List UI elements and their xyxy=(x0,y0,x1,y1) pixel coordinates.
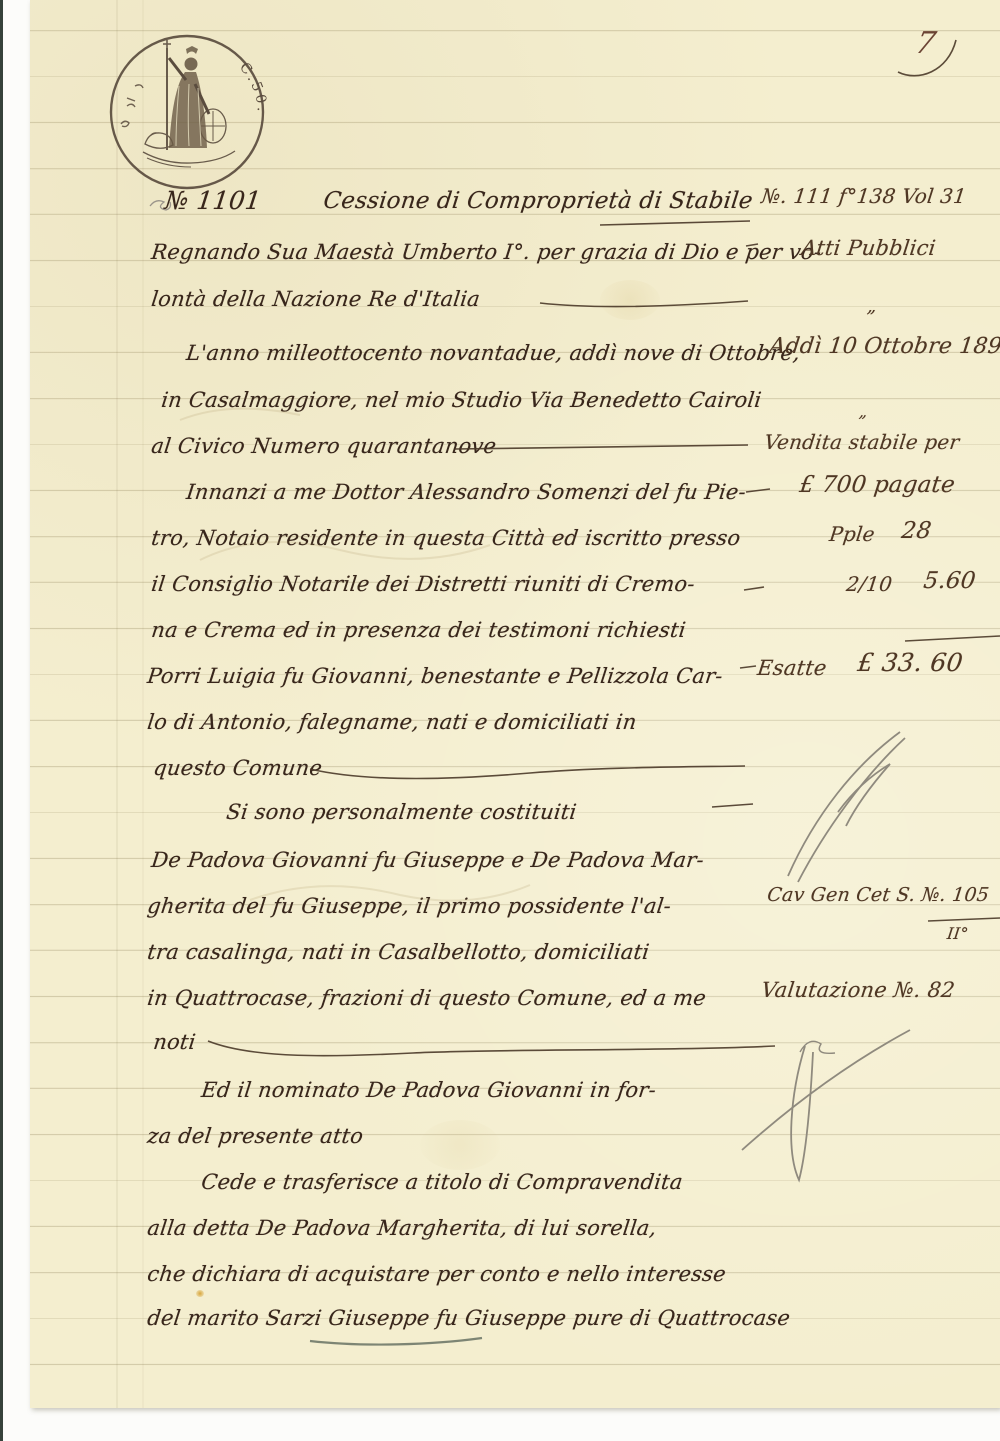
body-line: alla detta De Padova Margherita, di lui … xyxy=(146,1216,658,1240)
margin-note: II° xyxy=(946,924,970,943)
margin-note: 2/10 xyxy=(845,572,894,596)
stamp-left-marks xyxy=(121,85,143,127)
svg-text:C.50.: C.50. xyxy=(236,60,270,115)
paper-crease xyxy=(116,0,118,1408)
body-line: che dichiara di acquistare per conto e n… xyxy=(146,1262,727,1286)
body-line: De Padova Giovanni fu Giuseppe e De Pado… xyxy=(150,848,705,872)
revenue-stamp: C.50. xyxy=(103,28,271,196)
margin-note: Vendita stabile per xyxy=(763,430,961,454)
document-scan: C.50. 7 № 1101 Cessione di Comproprietà … xyxy=(0,0,1000,1441)
margin-note: „ xyxy=(866,296,878,317)
body-line: Ed il nominato De Padova Giovanni in for… xyxy=(200,1078,658,1102)
body-line: in Quattrocase, frazioni di questo Comun… xyxy=(146,986,707,1010)
allegorical-figure-icon xyxy=(169,46,209,148)
body-line: al Civico Numero quarantanove xyxy=(150,434,498,458)
body-line: lo di Antonio, falegname, nati e domicil… xyxy=(146,710,638,734)
scan-edge xyxy=(0,0,3,1441)
margin-note: £ 700 pagate xyxy=(798,472,956,498)
lion-icon xyxy=(145,133,173,148)
body-line: in Casalmaggiore, nel mio Studio Via Ben… xyxy=(160,388,763,412)
body-line: L'anno milleottocento novantadue, addì n… xyxy=(185,341,802,365)
margin-note: №. 111 f°138 Vol 31 xyxy=(760,184,968,208)
paper-crease xyxy=(142,0,144,1408)
body-line: Si sono personalmente costituiti xyxy=(225,800,578,824)
body-line: tro, Notaio residente in questa Città ed… xyxy=(150,526,742,550)
body-line: Cede e trasferisce a titolo di Compraven… xyxy=(200,1170,684,1194)
margin-note: 28 xyxy=(900,518,933,544)
body-line: Regnando Sua Maestà Umberto I°. per graz… xyxy=(150,240,823,264)
margin-note: Pple xyxy=(828,522,876,546)
margin-note: £ 33. 60 xyxy=(856,648,965,677)
paper-stain xyxy=(420,1120,500,1170)
body-line: Porri Luigia fu Giovanni, benestante e P… xyxy=(146,664,724,688)
body-line: Innanzi a me Dottor Alessandro Somenzi d… xyxy=(185,480,747,504)
body-line: noti xyxy=(152,1030,197,1054)
margin-note: „ xyxy=(858,402,869,421)
margin-note: Atti Pubblici xyxy=(800,236,937,260)
paper-stain xyxy=(600,280,660,320)
margin-note: Addì 10 Ottobre 1892 xyxy=(768,334,1000,359)
repertory-number: № 1101 xyxy=(163,186,263,215)
margin-note: Esatte xyxy=(756,656,828,680)
paper-stain xyxy=(196,1290,204,1297)
deed-title: Cessione di Comproprietà di Stabile xyxy=(322,188,754,214)
stamp-denomination: C.50. xyxy=(236,60,270,115)
body-line: del marito Sarzi Giuseppe fu Giuseppe pu… xyxy=(146,1306,792,1330)
margin-note: 5.60 xyxy=(922,568,977,594)
margin-note: Valutazione №. 82 xyxy=(760,978,956,1002)
body-line: lontà della Nazione Re d'Italia xyxy=(150,287,481,311)
body-line: tra casalinga, nati in Casalbellotto, do… xyxy=(146,940,651,964)
body-line: gherita del fu Giuseppe, il primo possid… xyxy=(146,894,673,918)
body-line: na e Crema ed in presenza dei testimoni … xyxy=(150,618,687,642)
margin-note: Cav Gen Cet S. №. 105 xyxy=(766,884,990,906)
body-line: questo Comune xyxy=(152,756,324,780)
body-line: il Consiglio Notarile dei Distretti riun… xyxy=(150,572,696,596)
body-line: za del presente atto xyxy=(146,1124,365,1148)
